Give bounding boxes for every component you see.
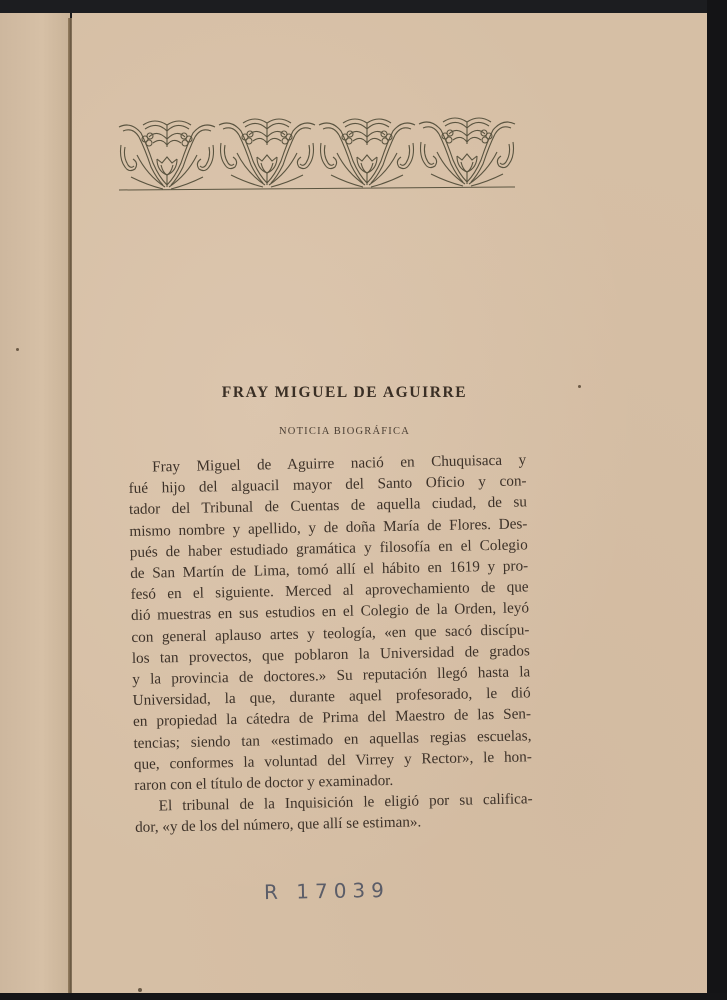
paper-speck	[138, 988, 142, 992]
scan-background-right	[707, 0, 727, 1000]
paragraph-1: Fray Miguel de Aguirre nació en Chuquisa…	[128, 449, 532, 796]
handwritten-shelfmark: R 17039	[264, 878, 390, 904]
facing-page-edge	[0, 13, 70, 993]
article-body: Fray Miguel de Aguirre nació en Chuquisa…	[128, 449, 533, 838]
article-subtitle: NOTICIA BIOGRÁFICA	[72, 426, 617, 437]
document-page: FRAY MIGUEL DE AGUIRRE NOTICIA BIOGRÁFIC…	[72, 13, 707, 993]
scan-background-bottom	[0, 993, 727, 1000]
ornament-icon	[117, 113, 517, 191]
article-title: FRAY MIGUEL DE AGUIRRE	[72, 384, 617, 402]
paper-speck	[578, 385, 581, 388]
scan-background-top	[0, 0, 727, 13]
paper-speck	[16, 348, 19, 351]
paragraph-2: El tribunal de la Inquisición le eligió …	[135, 789, 534, 839]
floral-ornament-headpiece	[117, 113, 517, 191]
